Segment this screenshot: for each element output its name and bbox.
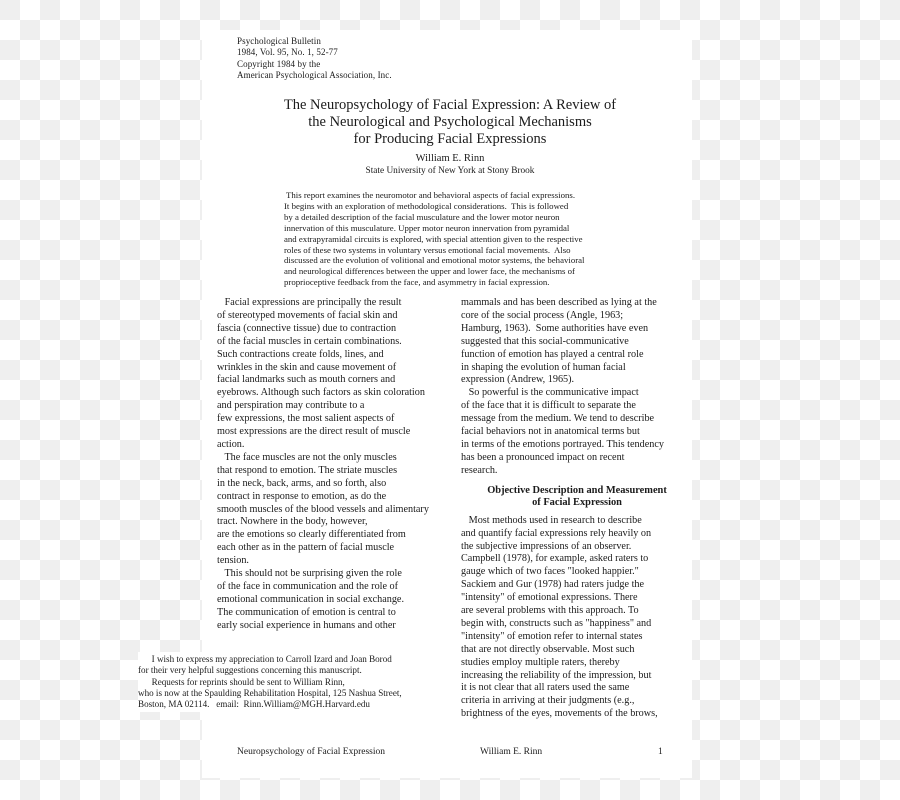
- footer-page-number: 1: [658, 747, 663, 757]
- body-right-column: mammals and has been described as lying …: [461, 297, 693, 721]
- journal-citation-header: Psychological Bulletin 1984, Vol. 95, No…: [237, 36, 392, 82]
- author-name: William E. Rinn: [230, 153, 670, 165]
- section-heading: Objective Description and Measurement of…: [461, 485, 693, 509]
- body-left-column: Facial expressions are principally the r…: [217, 297, 451, 633]
- right-column-text-lower: Most methods used in research to describ…: [461, 515, 693, 722]
- right-column-text-upper: mammals and has been described as lying …: [461, 297, 693, 478]
- paper-title: The Neuropsychology of Facial Expression…: [230, 97, 670, 147]
- author-affiliation: State University of New York at Stony Br…: [230, 166, 670, 177]
- document-canvas: { "colors": { "text": "#1b1b1b", "page_b…: [0, 0, 900, 800]
- author-note-footnote: I wish to express my appreciation to Car…: [138, 652, 460, 712]
- footer-author: William E. Rinn: [480, 747, 542, 757]
- footer-running-head: Neuropsychology of Facial Expression: [237, 747, 385, 757]
- abstract: This report examines the neuromotor and …: [284, 190, 624, 288]
